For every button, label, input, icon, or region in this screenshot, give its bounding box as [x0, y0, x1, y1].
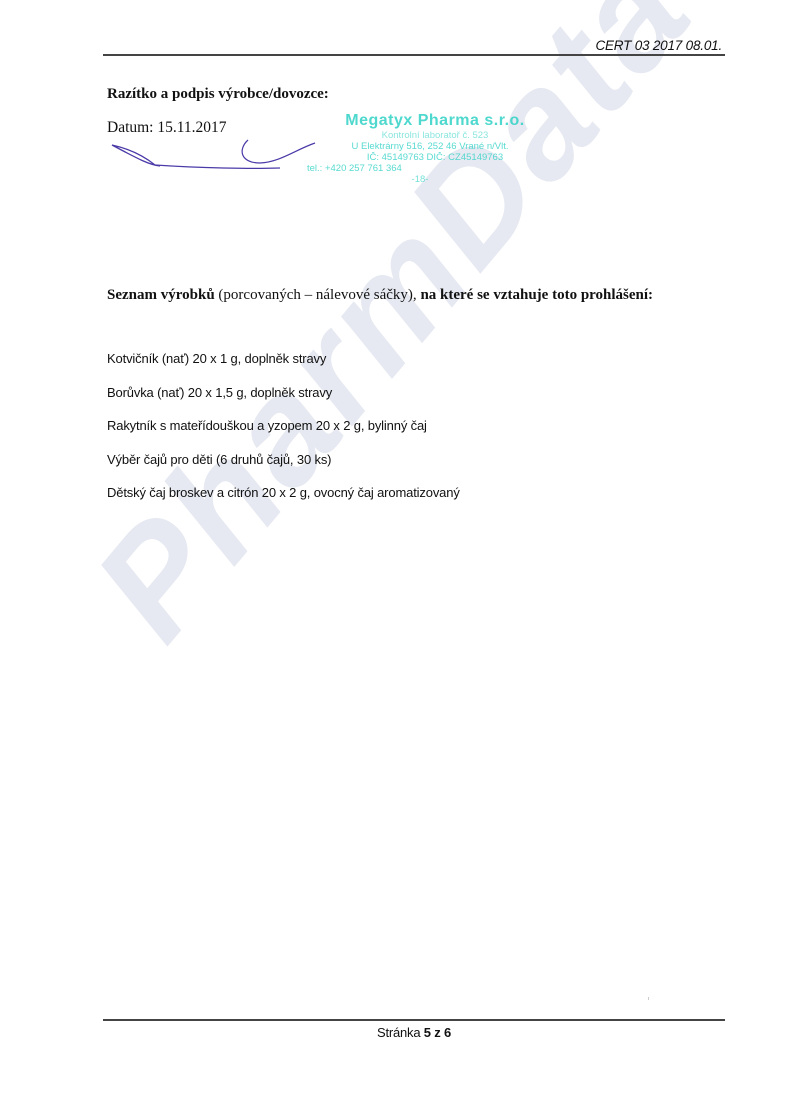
page-number: Stránka 5 z 6: [0, 1025, 800, 1040]
list-item: Borůvka (nať) 20 x 1,5 g, doplněk stravy: [107, 384, 460, 418]
stamp-line: U Elektrárny 516, 252 46 Vrané n/Vlt.: [335, 141, 525, 152]
heading-part: na které se vztahuje toto prohlášení:: [417, 287, 653, 303]
product-list-heading: Seznam výrobků (porcovaných – nálevové s…: [107, 287, 653, 304]
heading-part: Seznam výrobků: [107, 287, 215, 303]
footer-divider: [103, 1019, 725, 1021]
document-page: PharmData s. r. o. CERT 03 2017 08.01. R…: [0, 0, 800, 1100]
stamp-line: tel.: +420 257 761 364: [307, 163, 525, 174]
page-separator: z: [434, 1025, 440, 1040]
stamp-signature-heading: Razítko a podpis výrobce/dovozce:: [107, 86, 329, 103]
product-list: Kotvičník (nať) 20 x 1 g, doplněk stravy…: [107, 350, 460, 518]
scan-artifact: [648, 997, 649, 1000]
list-item: Dětský čaj broskev a citrón 20 x 2 g, ov…: [107, 484, 460, 518]
stamp-company: Megatyx Pharma s.r.o.: [345, 112, 525, 130]
document-code: CERT 03 2017 08.01.: [595, 38, 722, 53]
heading-part: (porcovaných – nálevové sáčky),: [215, 287, 417, 303]
list-item: Rakytník s mateřídouškou a yzopem 20 x 2…: [107, 417, 460, 451]
page-current: 5: [424, 1025, 431, 1040]
list-item: Výběr čajů pro děti (6 druhů čajů, 30 ks…: [107, 451, 460, 485]
page-total: 6: [444, 1025, 451, 1040]
company-stamp: Megatyx Pharma s.r.o. Kontrolní laborato…: [305, 112, 525, 196]
stamp-line: -18-: [315, 174, 525, 185]
list-item: Kotvičník (nať) 20 x 1 g, doplněk stravy: [107, 350, 460, 384]
stamp-line: IČ: 45149763 DIČ: CZ45149763: [345, 152, 525, 163]
date-label: Datum:: [107, 119, 154, 136]
header-divider: [103, 54, 725, 56]
stamp-line: Kontrolní laboratoř č. 523: [345, 130, 525, 141]
page-label: Stránka: [377, 1025, 420, 1040]
signature-icon: [110, 135, 320, 180]
date-value: 15.11.2017: [157, 119, 226, 136]
